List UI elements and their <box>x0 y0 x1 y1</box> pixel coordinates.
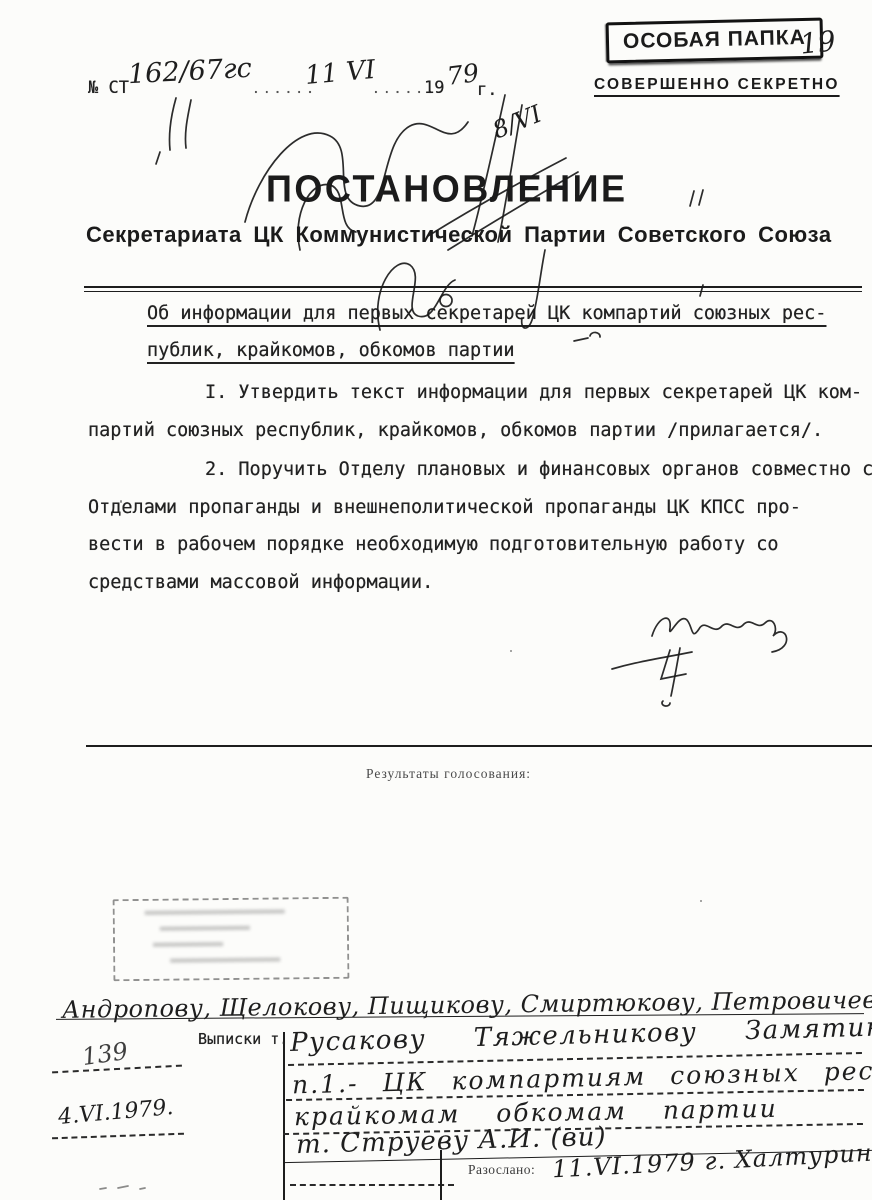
handwritten-left-date: 4.VI.1979. <box>57 1095 174 1130</box>
paper-speck <box>120 500 122 503</box>
row-underline-5 <box>290 1184 454 1186</box>
scanned-document-page: ОСОБАЯ ПАПКА 19 СОВЕРШЕННО СЕКРЕТНО № СТ… <box>0 0 872 1200</box>
handwritten-day-month: 11 VI <box>304 55 377 91</box>
resolution-subtitle: Секретариата ЦК Коммунистической Партии … <box>86 222 832 248</box>
top-secret-label: СОВЕРШЕННО СЕКРЕТНО <box>594 76 840 94</box>
handwritten-scribble-date: 8/VI <box>489 100 546 145</box>
subject-line-1: Об информации для первых секретарей ЦК к… <box>147 303 826 324</box>
bottom-left-marks <box>100 1186 145 1189</box>
subject-line-2: публик, крайкомов, обкомов партии <box>147 340 515 361</box>
paper-speck <box>700 900 702 902</box>
special-folder-stamp-label: ОСОБАЯ ПАПКА <box>623 26 806 53</box>
body-p2-line2: Отделами пропаганды и внешнеполитической… <box>88 497 801 518</box>
body-p2-line1: 2. Поручить Отделу плановых и финансовых… <box>205 459 872 480</box>
year-typed: 19 <box>424 78 444 98</box>
handwritten-item1: п.1.- ЦК компартиям союзных республик <box>292 1054 872 1100</box>
faint-stamp-smear <box>153 942 223 947</box>
faint-stamp-smear <box>160 926 250 931</box>
vypiski-label: Выписки т. <box>198 1030 288 1048</box>
paper-speck <box>510 650 512 652</box>
year-handwritten: 79 <box>445 58 480 91</box>
voting-rule <box>86 745 872 747</box>
handwritten-page-number: 19 <box>798 24 837 61</box>
body-p2-line4: средствами массовой информации. <box>88 572 433 593</box>
handwritten-copies-note: 139 <box>80 1037 129 1071</box>
table-vertical-rule-2 <box>440 1150 442 1200</box>
voting-results-label: Результаты голосования: <box>366 766 531 782</box>
body-p1-line1: I. Утвердить текст информации для первых… <box>205 382 862 403</box>
table-vertical-rule <box>283 1032 285 1200</box>
faint-stamp <box>113 897 350 981</box>
resolution-title: ПОСТАНОВЛЕНИЕ <box>266 167 627 211</box>
signature <box>612 618 787 706</box>
doc-number-prefix: № СТ <box>88 78 129 98</box>
doc-number-handwritten: 162/67гс <box>127 53 252 90</box>
body-p2-line3: вести в рабочем порядке необходимую подг… <box>88 534 779 555</box>
subtitle-rule-bottom <box>84 291 862 292</box>
special-folder-stamp: ОСОБАЯ ПАПКА <box>606 18 824 64</box>
body-p1-line2: партий союзных республик, крайкомов, обк… <box>88 420 823 441</box>
year-suffix: г. <box>477 80 497 100</box>
faint-stamp-smear <box>145 909 285 914</box>
faint-stamp-smear <box>170 957 280 962</box>
left-date-underline <box>52 1133 184 1140</box>
subtitle-rule-top <box>84 286 862 288</box>
sent-label: Разослано: <box>468 1162 535 1178</box>
